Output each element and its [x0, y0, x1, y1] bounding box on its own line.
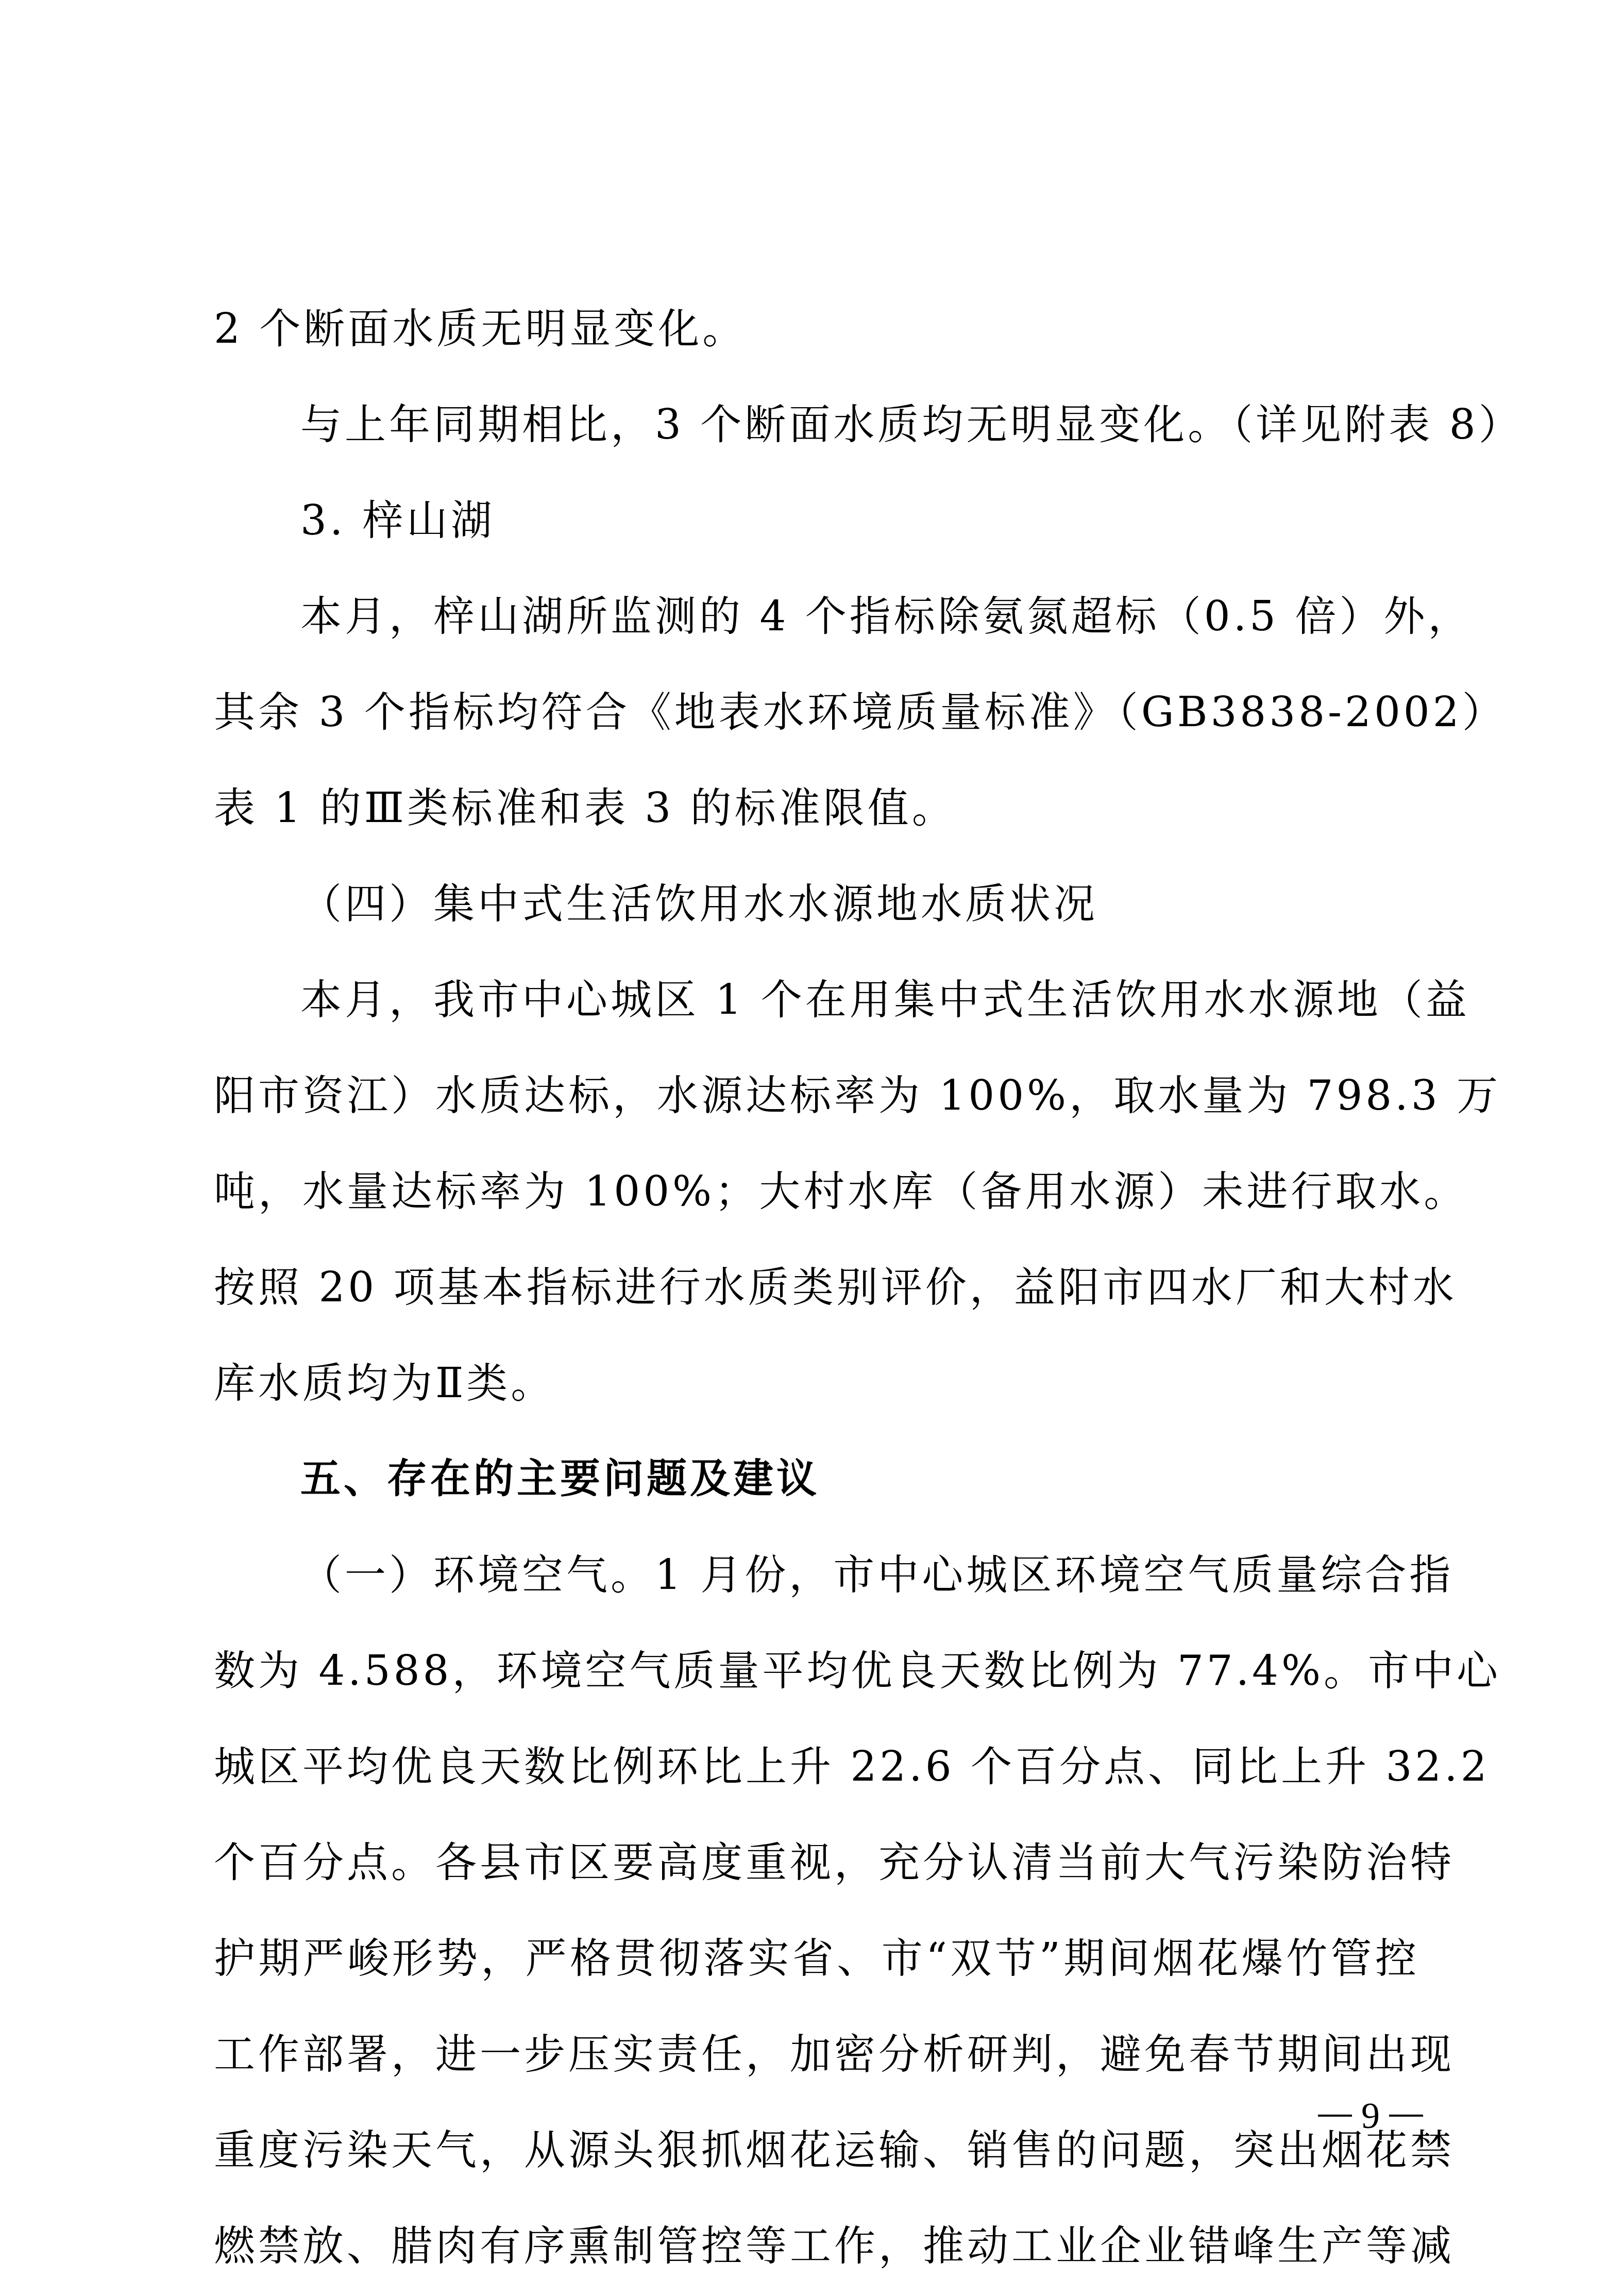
subheading-text: （四）集中式生活饮用水水源地水质状况 [214, 856, 1419, 952]
subheading-zishan-lake: 3. 梓山湖 [214, 473, 1419, 568]
paragraph-zishan-lake: 本月，梓山湖所监测的 4 个指标除氨氮超标（0.5 倍）外， 其余 3 个指标均… [214, 568, 1419, 856]
document-page: 2 个断面水质无明显变化。 与上年同期相比，3 个断面水质均无明显变化。（详见附… [214, 281, 1419, 2294]
text-line: 2 个断面水质无明显变化。 [214, 281, 1419, 377]
text-line: 数为 4.588，环境空气质量平均优良天数比例为 77.4%。市中心 [214, 1623, 1419, 1719]
footer-dash-right [1389, 2115, 1423, 2117]
paragraph-drinking-water: 本月，我市中心城区 1 个在用集中式生活饮用水水源地（益 阳市资江）水质达标，水… [214, 952, 1419, 1431]
section-heading-text: 五、存在的主要问题及建议 [214, 1431, 1419, 1527]
text-line: 重度污染天气，从源头狠抓烟花运输、销售的问题，突出烟花禁 [214, 2102, 1419, 2198]
text-line: 阳市资江）水质达标，水源达标率为 100%，取水量为 798.3 万 [214, 1048, 1419, 1144]
text-line: 本月，梓山湖所监测的 4 个指标除氨氮超标（0.5 倍）外， [214, 568, 1419, 664]
page-footer: 9 [1304, 2092, 1438, 2139]
footer-dash-left [1318, 2115, 1352, 2117]
text-line: 个百分点。各县市区要高度重视，充分认清当前大气污染防治特 [214, 1815, 1419, 1910]
text-line: 按照 20 项基本指标进行水质类别评价，益阳市四水厂和大村水 [214, 1239, 1419, 1335]
text-line: 吨，水量达标率为 100%；大村水库（备用水源）未进行取水。 [214, 1144, 1419, 1239]
text-line: （一）环境空气。1 月份，市中心城区环境空气质量综合指 [214, 1527, 1419, 1623]
text-line: 本月，我市中心城区 1 个在用集中式生活饮用水水源地（益 [214, 952, 1419, 1048]
text-line: 工作部署，进一步压实责任，加密分析研判，避免春节期间出现 [214, 2006, 1419, 2102]
text-line: 其余 3 个指标均符合《地表水环境质量标准》（GB3838-2002） [214, 664, 1419, 760]
text-line: 城区平均优良天数比例环比上升 22.6 个百分点、同比上升 32.2 [214, 1719, 1419, 1815]
subheading-drinking-water-source: （四）集中式生活饮用水水源地水质状况 [214, 856, 1419, 952]
text-line: 护期严峻形势，严格贯彻落实省、市“双节”期间烟花爆竹管控 [214, 1910, 1419, 2006]
page-number: 9 [1361, 2094, 1380, 2137]
text-line: 表 1 的Ⅲ类标准和表 3 的标准限值。 [214, 760, 1419, 856]
paragraph-continuation: 2 个断面水质无明显变化。 [214, 281, 1419, 377]
text-line: 库水质均为Ⅱ类。 [214, 1335, 1419, 1431]
text-line: 燃禁放、腊肉有序熏制管控等工作，推动工业企业错峰生产等减 [214, 2198, 1419, 2294]
text-line: 与上年同期相比，3 个断面水质均无明显变化。（详见附表 8） [214, 377, 1419, 473]
paragraph-ambient-air: （一）环境空气。1 月份，市中心城区环境空气质量综合指 数为 4.588，环境空… [214, 1527, 1419, 2294]
section-heading-problems-suggestions: 五、存在的主要问题及建议 [214, 1431, 1419, 1527]
subheading-text: 3. 梓山湖 [214, 473, 1419, 568]
paragraph-year-comparison: 与上年同期相比，3 个断面水质均无明显变化。（详见附表 8） [214, 377, 1419, 473]
